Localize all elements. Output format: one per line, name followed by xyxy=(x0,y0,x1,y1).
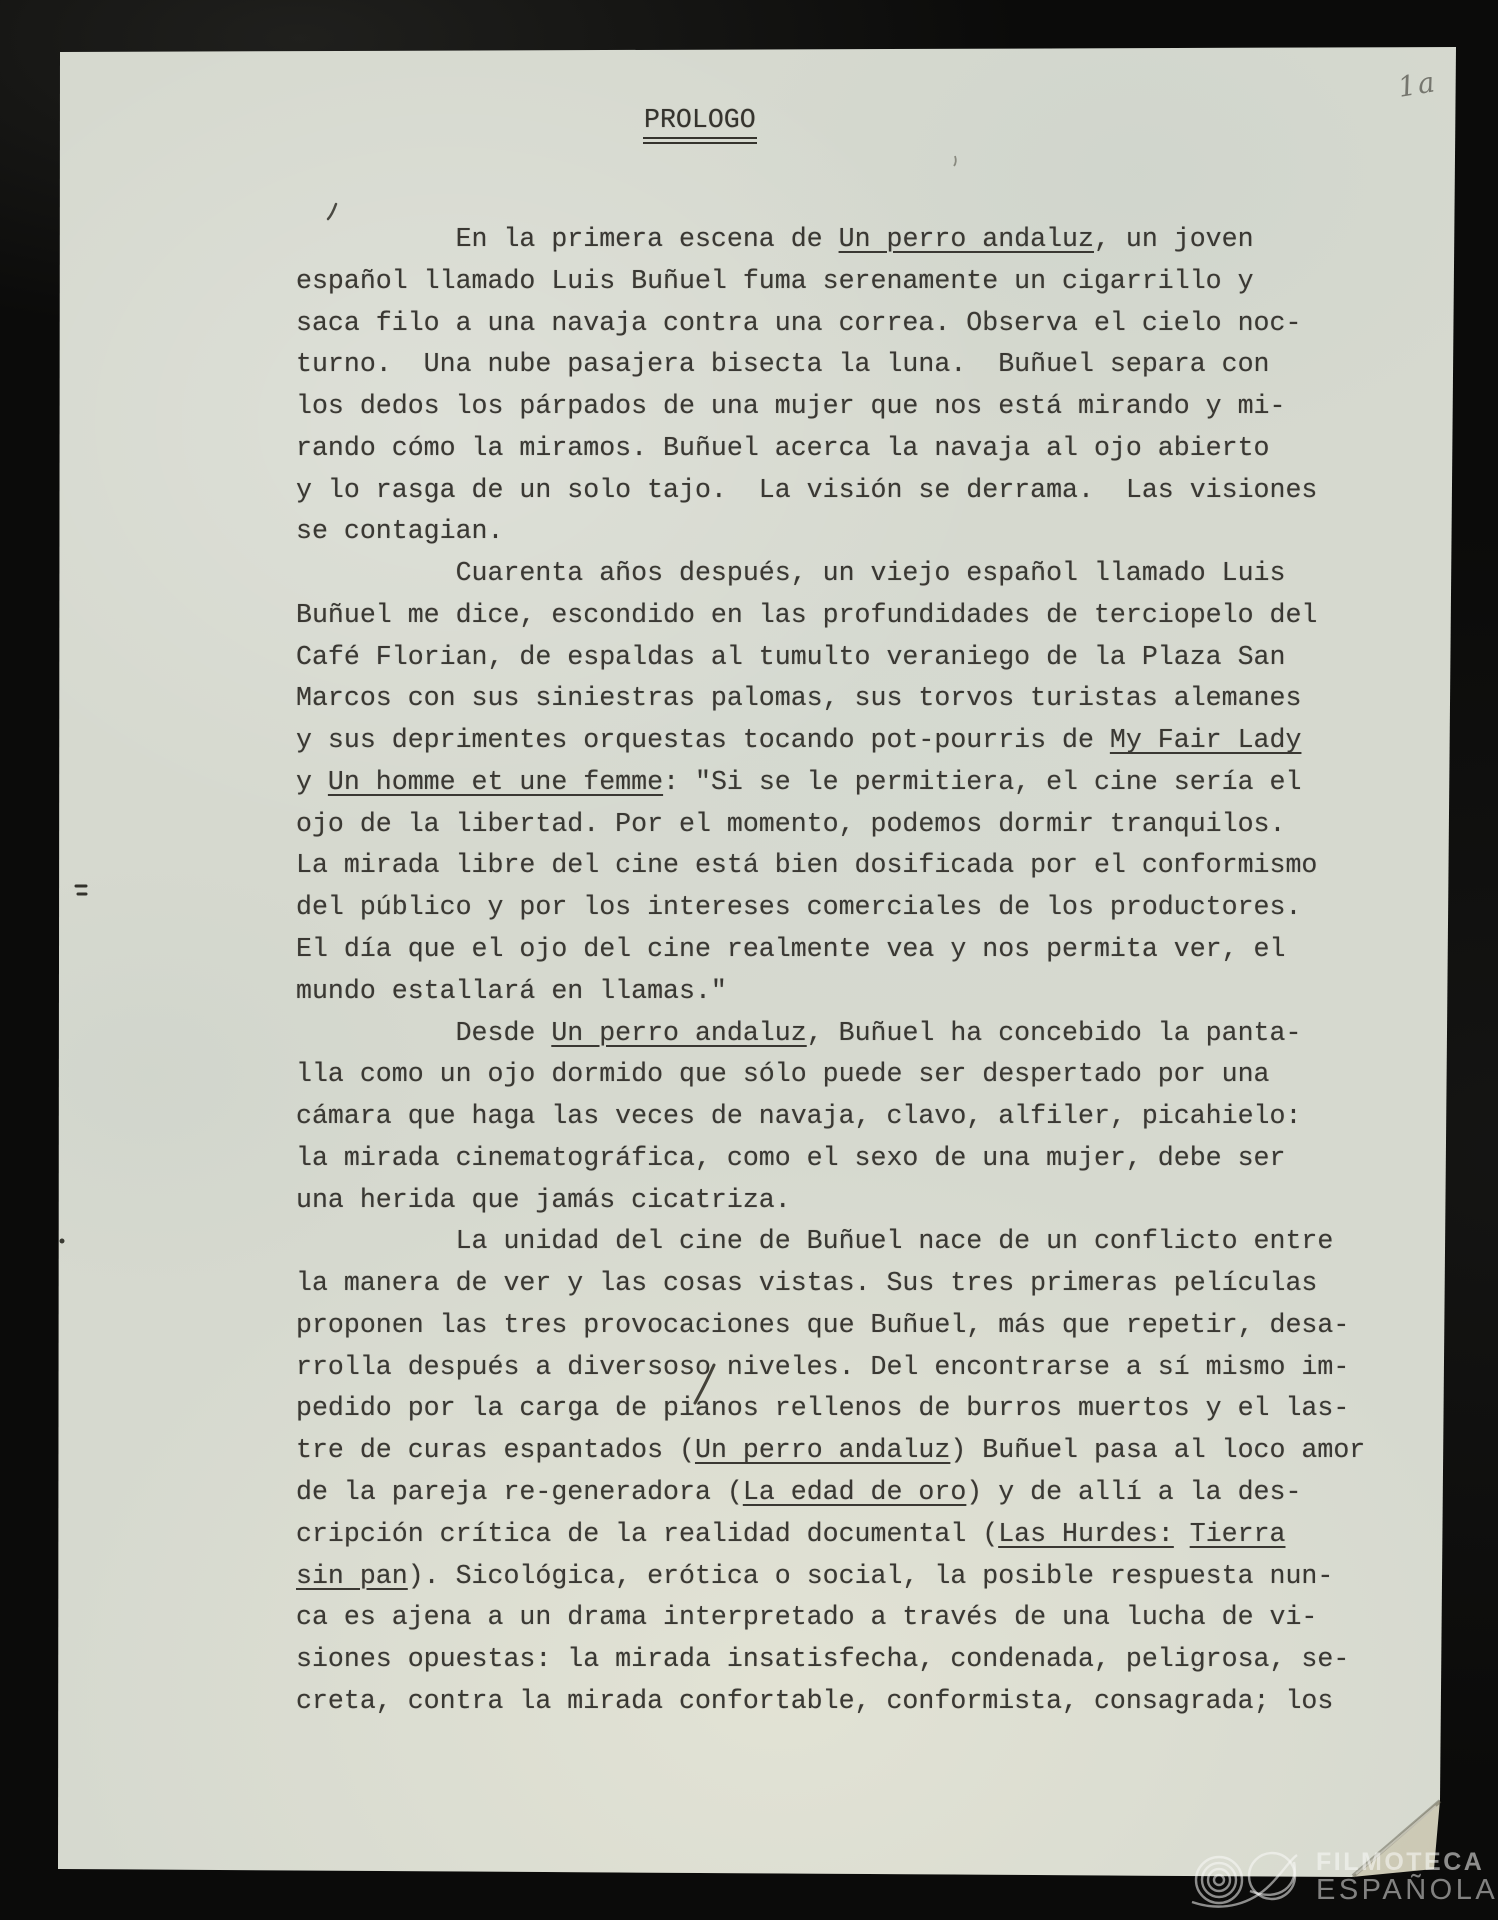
document-line: ca es ajena a un drama interpretado a tr… xyxy=(296,1597,1365,1639)
document-line: cámara que haga las veces de navaja, cla… xyxy=(296,1096,1365,1138)
document-line: la manera de ver y las cosas vistas. Sus… xyxy=(296,1263,1365,1305)
document-line: La unidad del cine de Buñuel nace de un … xyxy=(296,1221,1365,1263)
document-line: y lo rasga de un solo tajo. La visión se… xyxy=(296,470,1365,512)
document-line: Café Florian, de espaldas al tumulto ver… xyxy=(296,637,1365,679)
text-segment: y xyxy=(296,767,328,797)
text-segment: siones opuestas: la mirada insatisfecha,… xyxy=(296,1644,1349,1674)
document-line: Cuarenta años después, un viejo español … xyxy=(296,553,1365,595)
document-line: siones opuestas: la mirada insatisfecha,… xyxy=(296,1639,1365,1681)
text-segment: la manera de ver y las cosas vistas. Sus… xyxy=(296,1268,1317,1298)
text-segment: cripción crítica de la realidad document… xyxy=(296,1519,998,1549)
underlined-text-segment: Un perro andaluz xyxy=(839,224,1094,254)
document-line: La mirada libre del cine está bien dosif… xyxy=(296,845,1365,887)
document-line: Buñuel me dice, escondido en las profund… xyxy=(296,595,1365,637)
document-line: cripción crítica de la realidad document… xyxy=(296,1514,1365,1556)
text-segment: ). Sicológica, erótica o social, la posi… xyxy=(408,1561,1334,1591)
text-segment: del público y por los intereses comercia… xyxy=(296,892,1301,922)
watermark-espanola-text: ESPAÑOLA xyxy=(1316,1874,1498,1907)
document-line: ojo de la libertad. Por el momento, pode… xyxy=(296,804,1365,846)
document-line: En la primera escena de Un perro andaluz… xyxy=(296,219,1365,261)
document-line: rando cómo la miramos. Buñuel acerca la … xyxy=(296,428,1365,470)
text-segment: los dedos los párpados de una mujer que … xyxy=(296,391,1285,421)
document-line: mundo estallará en llamas." xyxy=(296,971,1365,1013)
handwritten-page-number: 1a xyxy=(1396,65,1439,104)
scanned-document-page: PROLOGO En la primera escena de Un perro… xyxy=(0,0,1498,1920)
text-segment: pedido por la carga de pianos rellenos d… xyxy=(296,1393,1349,1423)
underlined-text-segment: Un perro andaluz xyxy=(551,1018,806,1048)
text-segment: saca filo a una navaja contra una correa… xyxy=(296,308,1301,338)
document-lines: En la primera escena de Un perro andaluz… xyxy=(296,219,1365,1723)
text-segment: Cuarenta años después, un viejo español … xyxy=(296,558,1285,588)
text-segment: turno. Una nube pasajera bisecta la luna… xyxy=(296,349,1270,379)
text-segment: : "Si se le permitiera, el cine sería el xyxy=(663,767,1301,797)
document-line: y Un homme et une femme: "Si se le permi… xyxy=(296,762,1365,804)
document-line: sin pan). Sicológica, erótica o social, … xyxy=(296,1556,1365,1598)
document-line: creta, contra la mirada confortable, con… xyxy=(296,1681,1365,1723)
text-segment: El día que el ojo del cine realmente vea… xyxy=(296,934,1285,964)
text-segment: y sus deprimentes orquestas tocando pot-… xyxy=(296,725,1110,755)
text-segment: lla como un ojo dormido que sólo puede s… xyxy=(296,1059,1270,1089)
text-segment: mundo estallará en llamas." xyxy=(296,976,727,1006)
document-line: pedido por la carga de pianos rellenos d… xyxy=(296,1388,1365,1430)
document-line: turno. Una nube pasajera bisecta la luna… xyxy=(296,344,1365,386)
text-segment: cámara que haga las veces de navaja, cla… xyxy=(296,1101,1301,1131)
text-segment: La mirada libre del cine está bien dosif… xyxy=(296,850,1317,880)
text-segment: rando cómo la miramos. Buñuel acerca la … xyxy=(296,433,1270,463)
document-line: tre de curas espantados (Un perro andalu… xyxy=(296,1430,1365,1472)
underlined-text-segment: sin pan xyxy=(296,1561,408,1591)
document-line: de la pareja re-generadora (La edad de o… xyxy=(296,1472,1365,1514)
underlined-text-segment: Las Hurdes: xyxy=(998,1519,1174,1549)
text-segment: de la pareja re-generadora ( xyxy=(296,1477,743,1507)
text-segment: Marcos con sus siniestras palomas, sus t… xyxy=(296,683,1301,713)
text-segment: ) y de allí a la des- xyxy=(966,1477,1301,1507)
page-title: PROLOGO xyxy=(643,105,757,144)
underlined-text-segment: La edad de oro xyxy=(743,1477,966,1507)
text-segment xyxy=(1174,1519,1190,1549)
document-line: rrolla después a diversoso niveles. Del … xyxy=(296,1347,1365,1389)
document-line: saca filo a una navaja contra una correa… xyxy=(296,303,1365,345)
text-segment: En la primera escena de xyxy=(296,224,839,254)
text-segment: creta, contra la mirada confortable, con… xyxy=(296,1686,1333,1716)
document-line: una herida que jamás cicatriza. xyxy=(296,1180,1365,1222)
text-segment: Desde xyxy=(296,1018,551,1048)
text-segment: tre de curas espantados ( xyxy=(296,1435,695,1465)
text-segment: español llamado Luis Buñuel fuma serenam… xyxy=(296,266,1254,296)
text-segment: ) Buñuel pasa al loco amor xyxy=(950,1435,1365,1465)
document-line: los dedos los párpados de una mujer que … xyxy=(296,386,1365,428)
text-segment: La unidad del cine de Buñuel nace de un … xyxy=(296,1226,1333,1256)
text-segment: rrolla después a diversoso niveles. Del … xyxy=(296,1352,1349,1382)
document-line: español llamado Luis Buñuel fuma serenam… xyxy=(296,261,1365,303)
document-line: se contagian. xyxy=(296,511,1365,553)
text-segment: , Buñuel ha concebido la panta- xyxy=(807,1018,1302,1048)
document-line: Marcos con sus siniestras palomas, sus t… xyxy=(296,678,1365,720)
text-segment: se contagian. xyxy=(296,516,503,546)
underlined-text-segment: Un homme et une femme xyxy=(328,767,663,797)
text-segment: , un joven xyxy=(1094,224,1254,254)
text-segment: y lo rasga de un solo tajo. La visión se… xyxy=(296,475,1317,505)
text-segment: Café Florian, de espaldas al tumulto ver… xyxy=(296,642,1285,672)
text-segment: Buñuel me dice, escondido en las profund… xyxy=(296,600,1317,630)
document-line: proponen las tres provocaciones que Buñu… xyxy=(296,1305,1365,1347)
text-segment: ojo de la libertad. Por el momento, pode… xyxy=(296,809,1285,839)
underlined-text-segment: My Fair Lady xyxy=(1110,725,1302,755)
document-line: la mirada cinematográfica, como el sexo … xyxy=(296,1138,1365,1180)
document-line: del público y por los intereses comercia… xyxy=(296,887,1365,929)
document-line: El día que el ojo del cine realmente vea… xyxy=(296,929,1365,971)
text-segment: proponen las tres provocaciones que Buñu… xyxy=(296,1310,1349,1340)
underlined-text-segment: Un perro andaluz xyxy=(695,1435,950,1465)
text-segment: una herida que jamás cicatriza. xyxy=(296,1185,791,1215)
text-segment: la mirada cinematográfica, como el sexo … xyxy=(296,1143,1285,1173)
document-line: lla como un ojo dormido que sólo puede s… xyxy=(296,1054,1365,1096)
text-segment: ca es ajena a un drama interpretado a tr… xyxy=(296,1602,1317,1632)
underlined-text-segment: Tierra xyxy=(1190,1519,1286,1549)
document-line: Desde Un perro andaluz, Buñuel ha conceb… xyxy=(296,1013,1365,1055)
document-line: y sus deprimentes orquestas tocando pot-… xyxy=(296,720,1365,762)
